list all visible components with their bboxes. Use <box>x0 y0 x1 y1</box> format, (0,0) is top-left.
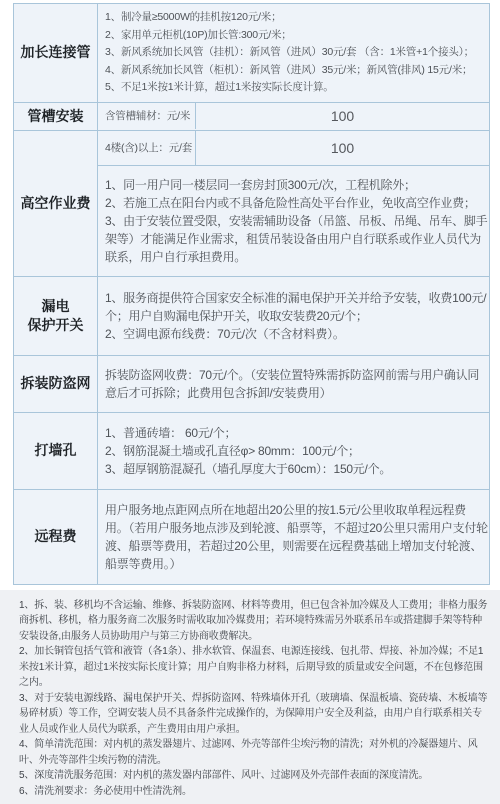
fee-value: 100 <box>196 131 489 165</box>
note-line: 4、新风系统加长风管（柜机）：新风管（进风）35元/米；新风管(排风) 15元/… <box>105 62 489 80</box>
row-label-text: 高空作业费 <box>21 194 91 213</box>
footnote: 5、深度清洗服务范围：对内机的蒸发器内部部件、风叶、过滤网及外壳部件表面的深度清… <box>19 768 488 784</box>
note-line: 1、普通砖墙： 60元/个； <box>105 424 489 442</box>
row-label-wall-drilling: 打墙孔 <box>14 413 98 489</box>
row-notes-extension-pipe: 1、制冷量≥5000W的挂机按120元/米； 2、家用单元柜机(10P)加长管:… <box>98 4 489 102</box>
footnote: 2、加长铜管包括气管和液管（各1条）、排水软管、保温套、电源连接线、包扎带、焊接… <box>19 644 488 691</box>
row-label-text: 远程费 <box>35 527 77 546</box>
fee-spec: 4楼(含)以上：元/套 <box>98 131 196 165</box>
row-label-text: 加长连接管 <box>21 43 91 62</box>
note-line: 3、超厚钢筋混凝孔（墙孔厚度大于60cm）：150元/个。 <box>105 460 489 478</box>
note-line: 1、同一用户同一楼层同一套房封顶300元/次，工程机除外； <box>105 176 489 194</box>
note-line: 1、服务商提供符合国家安全标准的漏电保护开关并给予安装，收费100元/个；用户自… <box>105 289 489 325</box>
footnote: 6、清洗剂要求：务必使用中性清洗剂。 <box>19 784 488 800</box>
fee-subrow: 4楼(含)以上：元/套 100 <box>98 131 489 166</box>
row-body: 含管槽辅材：元/米 100 <box>98 103 489 130</box>
note-line: 拆装防盗网收费：70元/个。（安装位置特殊需拆防盗网前需与用户确认同意后才可拆除… <box>105 366 489 402</box>
footnotes-section: 1、拆、装、移机均不含运输、维修、拆装防盗网、材料等费用，但已包含补加冷媒及人工… <box>0 590 500 804</box>
row-notes-leakage-protector: 1、服务商提供符合国家安全标准的漏电保护开关并给予安装，收费100元/个；用户自… <box>98 277 489 355</box>
row-notes-wall-drilling: 1、普通砖墙： 60元/个； 2、钢筋混凝土墙或孔直径φ> 80mm：100元/… <box>98 413 489 489</box>
table-row-burglar-mesh: 拆装防盗网 拆装防盗网收费：70元/个。（安装位置特殊需拆防盗网前需与用户确认同… <box>14 355 489 412</box>
fee-subrow: 含管槽辅材：元/米 100 <box>98 103 489 129</box>
table-row-remote-fee: 远程费 用户服务地点距网点所在地超出20公里的按1.5元/公里收取单程远程费用。… <box>14 489 489 584</box>
table-row-high-altitude-fee: 高空作业费 4楼(含)以上：元/套 100 1、同一用户同一楼层同一套房封顶30… <box>14 130 489 276</box>
row-notes-burglar-mesh: 拆装防盗网收费：70元/个。（安装位置特殊需拆防盗网前需与用户确认同意后才可拆除… <box>98 356 489 412</box>
note-line: 2、若施工点在阳台内或不具备危险性高处平台作业，免收高空作业费； <box>105 194 489 212</box>
table-row-pipe-trough: 管槽安装 含管槽辅材：元/米 100 <box>14 102 489 130</box>
note-line: 5、不足1米按1米计算，超过1米按实际长度计算。 <box>105 79 489 97</box>
row-label-extension-pipe: 加长连接管 <box>14 4 98 102</box>
row-label-text-line2: 保护开关 <box>28 316 84 335</box>
row-label-leakage-protector: 漏电 保护开关 <box>14 277 98 355</box>
row-label-remote-fee: 远程费 <box>14 490 98 584</box>
row-notes-remote-fee: 用户服务地点距网点所在地超出20公里的按1.5元/公里收取单程远程费用。（若用户… <box>98 490 489 584</box>
footnote: 1、拆、装、移机均不含运输、维修、拆装防盗网、材料等费用，但已包含补加冷媒及人工… <box>19 598 488 645</box>
row-label-burglar-mesh: 拆装防盗网 <box>14 356 98 412</box>
footnote: 4、简单清洗范围：对内机的蒸发器翅片、过滤网、外壳等部件尘埃污物的清洗；对外机的… <box>19 737 488 768</box>
note-line: 2、空调电源布线费：70元/次（不含材料费）。 <box>105 325 489 343</box>
service-fee-table: 加长连接管 1、制冷量≥5000W的挂机按120元/米； 2、家用单元柜机(10… <box>13 3 490 585</box>
footnote: 3、对于安装电源线路、漏电保护开关、焊拆防盗网、特殊墙体开孔（玻璃墙、保温板墙、… <box>19 691 488 738</box>
table-row-leakage-protector: 漏电 保护开关 1、服务商提供符合国家安全标准的漏电保护开关并给予安装，收费10… <box>14 276 489 355</box>
table-row-extension-pipe: 加长连接管 1、制冷量≥5000W的挂机按120元/米； 2、家用单元柜机(10… <box>14 4 489 102</box>
note-line: 3、由于安装位置受限，安装需辅助设备（吊篮、吊板、吊绳、吊车、脚手架等）才能满足… <box>105 212 489 266</box>
note-line: 2、家用单元柜机(10P)加长管:300元/米； <box>105 27 489 45</box>
row-label-text: 拆装防盗网 <box>21 374 91 393</box>
row-label-pipe-trough: 管槽安装 <box>14 103 98 130</box>
row-label-text-line1: 漏电 <box>42 297 70 316</box>
fee-value: 100 <box>196 103 489 129</box>
row-label-text: 打墙孔 <box>35 441 77 460</box>
row-notes-high-altitude-fee: 1、同一用户同一楼层同一套房封顶300元/次，工程机除外； 2、若施工点在阳台内… <box>98 166 489 276</box>
fee-spec: 含管槽辅材：元/米 <box>98 103 196 129</box>
note-line: 1、制冷量≥5000W的挂机按120元/米； <box>105 9 489 27</box>
note-line: 用户服务地点距网点所在地超出20公里的按1.5元/公里收取单程远程费用。（若用户… <box>105 501 489 573</box>
row-label-high-altitude-fee: 高空作业费 <box>14 131 98 276</box>
note-line: 3、新风系统加长风管（挂机）：新风管（进风）30元/套 （含：1米管+1个接头）… <box>105 44 489 62</box>
row-label-text: 管槽安装 <box>28 107 84 126</box>
table-row-wall-drilling: 打墙孔 1、普通砖墙： 60元/个； 2、钢筋混凝土墙或孔直径φ> 80mm：1… <box>14 412 489 489</box>
note-line: 2、钢筋混凝土墙或孔直径φ> 80mm：100元/个； <box>105 442 489 460</box>
row-body: 4楼(含)以上：元/套 100 1、同一用户同一楼层同一套房封顶300元/次，工… <box>98 131 489 276</box>
